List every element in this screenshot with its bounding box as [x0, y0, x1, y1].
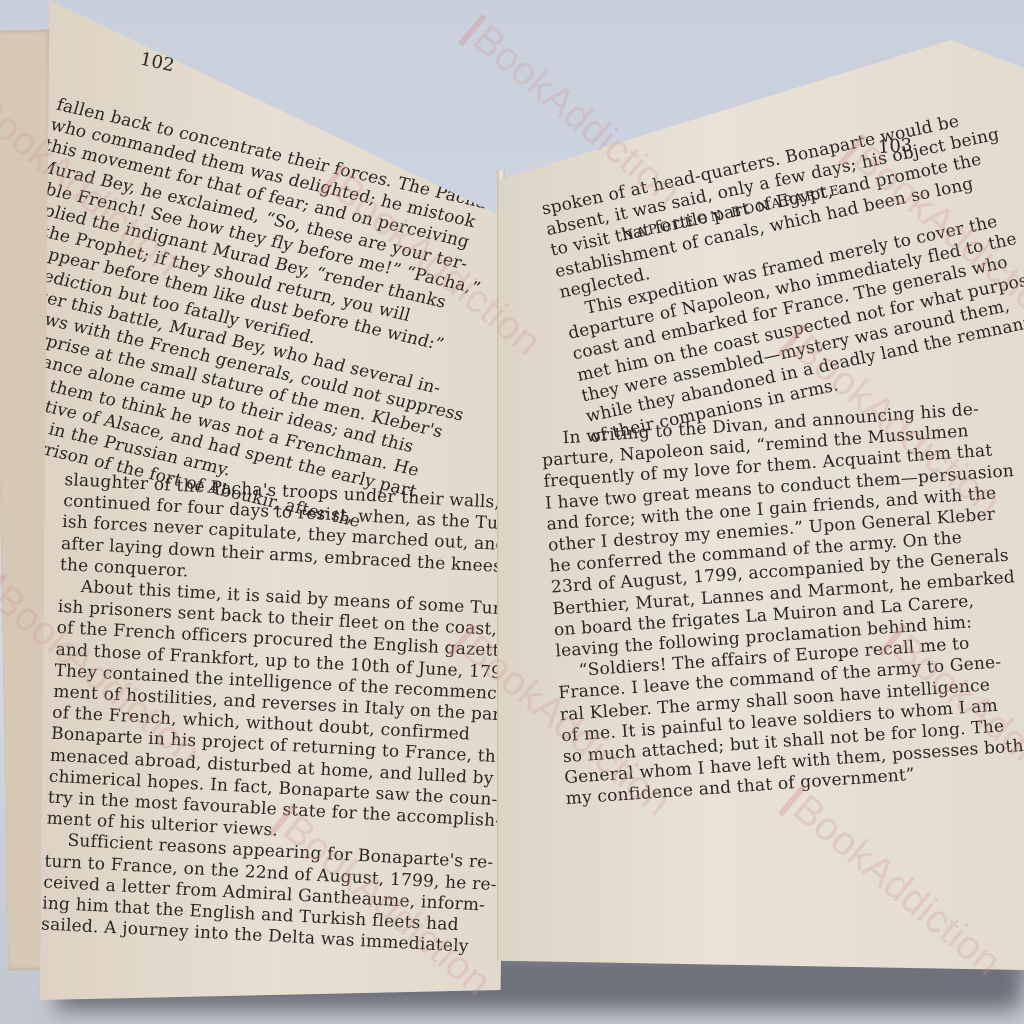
right-page: 103 NAPOLEON BONAPARTE. spoken of at hea… [500, 40, 1024, 970]
left-running-head: LIFE OF [340, 106, 418, 144]
left-page: 102 LIFE OF fallen back to concentrate t… [40, 0, 510, 1000]
left-page-number: 102 [138, 49, 176, 77]
right-page-text-lower: In writing to the Divan, and announcing … [540, 400, 996, 811]
right-page-text-upper: spoken of at head-quarters. Bonaparte wo… [540, 111, 1014, 449]
left-page-text-lower: slaughter of the Pacha's troops under th… [41, 470, 495, 958]
